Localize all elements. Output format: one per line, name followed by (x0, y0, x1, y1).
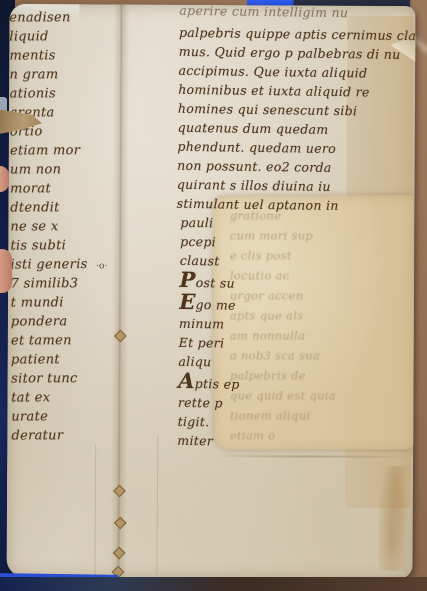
manuscript-line: sitor tunc (11, 369, 121, 389)
manuscript-line: pondera (11, 312, 121, 332)
manuscript-line: deratur (11, 426, 121, 446)
manuscript-line: et tamen (11, 331, 121, 351)
manuscript-line: ationis (10, 84, 120, 104)
manuscript-line: morat (10, 179, 120, 199)
manuscript-photo: enadisenliquidmentisn gramationisarentao… (0, 0, 427, 591)
manuscript-line: patient (11, 350, 121, 370)
finger (0, 249, 12, 293)
manuscript-line: aperire cum intelligim nu (179, 4, 415, 23)
right-text-column: aperire cum intelligim nupalpebris quipp… (173, 4, 415, 453)
manuscript-line: ne se x (10, 217, 120, 237)
horizontal-crease (207, 455, 413, 458)
manuscript-line: tat ex (11, 388, 121, 408)
manuscript-line: dtendit (10, 198, 120, 218)
torn-edge-stain (379, 466, 414, 571)
manuscript-line: etiam mor (10, 141, 120, 161)
manuscript-line: mentis (9, 46, 119, 66)
manuscript-line: 7 similib3 (11, 274, 121, 294)
background-bottom (0, 577, 427, 591)
manuscript-line: n gram (9, 65, 119, 85)
left-text-column: enadisenliquidmentisn gramationisarentao… (9, 8, 121, 446)
ruling-line (95, 444, 97, 574)
manuscript-line: urate (11, 407, 121, 427)
manuscript-line: tis subti (10, 236, 120, 256)
manuscript-line: liquid (9, 27, 119, 47)
manuscript-line: t mundi (11, 293, 121, 313)
manuscript-line: enadisen (9, 8, 119, 28)
manuscript-line: miter (173, 431, 411, 453)
manuscript-line: um non (10, 160, 120, 180)
ruling-line (157, 435, 159, 575)
marginal-mark: ·o· (96, 262, 105, 271)
parchment-page: enadisenliquidmentisn gramationisarentao… (7, 4, 416, 579)
